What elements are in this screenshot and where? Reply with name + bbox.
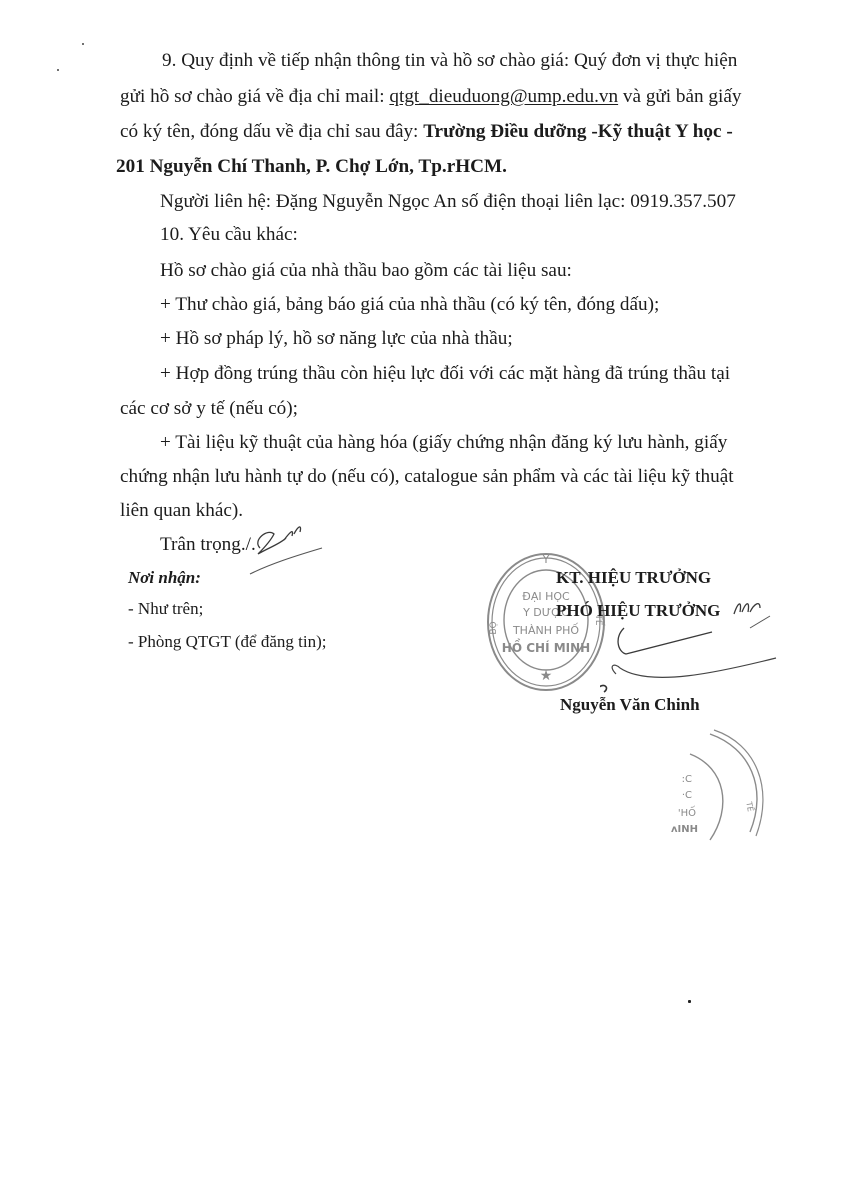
recipient-2: - Phòng QTGT (để đăng tin); [128,631,326,653]
item10-intro: Hồ sơ chào giá của nhà thầu bao gồm các … [160,260,572,282]
partial-stamp-line-4: ʌINH [671,824,698,835]
partial-stamp-line-1: :C [682,774,692,785]
item9-line2: gửi hồ sơ chào giá về địa chỉ mail: qtgt… [120,86,741,108]
partial-stamp-line-2: ·C [682,790,692,801]
recipients-heading: Nơi nhận: [128,567,201,589]
scan-speck [57,69,59,71]
item9-line2-suffix: và gửi bản giấy [618,86,741,107]
signer-name: Nguyễn Văn Chinh [560,694,700,716]
svg-text:★: ★ [540,668,553,684]
partial-stamp-right-text: TẾ [744,800,757,814]
stamp-line-4: HỒ CHÍ MINH [502,638,590,655]
bullet-3-line2: các cơ sở y tế (nếu có); [120,398,298,420]
stamp-top-text: Y [542,553,550,566]
recipient-1: - Như trên; [128,598,203,620]
item9-line1: 9. Quy định về tiếp nhận thông tin và hồ… [162,50,737,72]
stamp-line-3: THÀNH PHỐ [512,623,579,637]
bullet-3-line1: + Hợp đồng trúng thầu còn hiệu lực đối v… [160,363,730,385]
bullet-4-line3: liên quan khác). [120,500,243,522]
signature-mark [600,592,800,702]
contact-line: Người liên hệ: Đặng Nguyễn Ngọc An số đi… [160,191,736,213]
item9-line2-prefix: gửi hồ sơ chào giá về địa chỉ mail: [120,86,389,107]
stamp-left-text: BỘ [487,621,499,634]
bullet-4-line2: chứng nhận lưu hành tự do (nếu có), cata… [120,466,734,488]
initials-signature [240,518,330,582]
school-name: Trường Điều dưỡng -Kỹ thuật Y học - [423,121,733,142]
item9-line3-prefix: có ký tên, đóng dấu về địa chỉ sau đây: [120,121,423,142]
partial-stamp-line-3: 'HỐ [678,805,696,819]
bullet-2: + Hồ sơ pháp lý, hồ sơ năng lực của nhà … [160,328,513,350]
item10-heading: 10. Yêu cầu khác: [160,224,298,246]
item9-line3: có ký tên, đóng dấu về địa chỉ sau đây: … [120,121,733,143]
scan-speck [688,1000,691,1003]
scan-speck [82,43,84,45]
school-address: 201 Nguyễn Chí Thanh, P. Chợ Lớn, Tp.rHC… [116,156,507,178]
bullet-1: + Thư chào giá, bảng báo giá của nhà thầ… [160,294,659,316]
email-link[interactable]: qtgt_dieuduong@ump.edu.vn [389,86,618,107]
partial-stamp: :C ·C 'HỐ ʌINH TẾ [670,728,780,848]
bullet-4-line1: + Tài liệu kỹ thuật của hàng hóa (giấy c… [160,432,727,454]
signature-title-1: KT. HIỆU TRƯỞNG [556,567,711,589]
